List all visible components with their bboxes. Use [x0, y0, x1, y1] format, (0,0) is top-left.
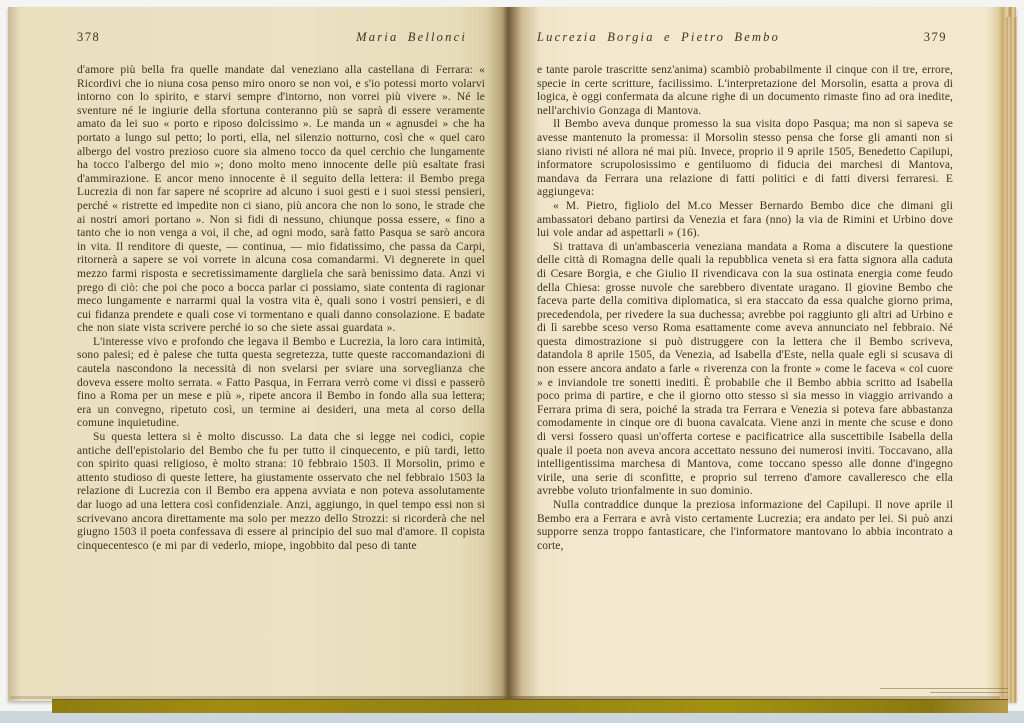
- paragraph: « M. Pietro, figliolo del M.co Messer Be…: [537, 200, 953, 241]
- paragraph: L'interesse vivo e profondo che legava i…: [77, 336, 485, 431]
- book-scan: 378 Maria Bellonci d'amore più bella fra…: [0, 0, 1024, 723]
- left-page-edge-shade: [8, 7, 22, 701]
- stacked-page-line: [880, 688, 1008, 689]
- page-left: 378 Maria Bellonci d'amore più bella fra…: [77, 30, 485, 553]
- page-left-body: d'amore più bella fra quelle mandate dal…: [77, 64, 485, 553]
- paragraph: Nulla contraddice dunque la preziosa inf…: [537, 499, 953, 553]
- page-right-header: Lucrezia Borgia e Pietro Bembo 379: [537, 30, 953, 52]
- stacked-page-line: [930, 692, 1008, 693]
- page-number-right: 379: [924, 30, 947, 45]
- page-right-body: e tante parole trascritte senz'anima) sc…: [537, 64, 953, 553]
- book-cover-edge: [52, 699, 1008, 713]
- paragraph: e tante parole trascritte senz'anima) sc…: [537, 64, 953, 118]
- page-left-header: 378 Maria Bellonci: [77, 30, 485, 52]
- paragraph: d'amore più bella fra quelle mandate dal…: [77, 64, 485, 336]
- paragraph: Il Bembo aveva dunque promesso la sua vi…: [537, 118, 953, 200]
- page-edges-stack: [1005, 17, 1017, 703]
- running-header-left: Maria Bellonci: [356, 30, 467, 45]
- page-right: Lucrezia Borgia e Pietro Bembo 379 e tan…: [537, 30, 953, 553]
- paragraph: Si trattava di un'ambasceria veneziana m…: [537, 241, 953, 499]
- running-header-right: Lucrezia Borgia e Pietro Bembo: [537, 30, 780, 45]
- paragraph: Su questa lettera si è molto discusso. L…: [77, 431, 485, 553]
- page-number-left: 378: [77, 30, 100, 45]
